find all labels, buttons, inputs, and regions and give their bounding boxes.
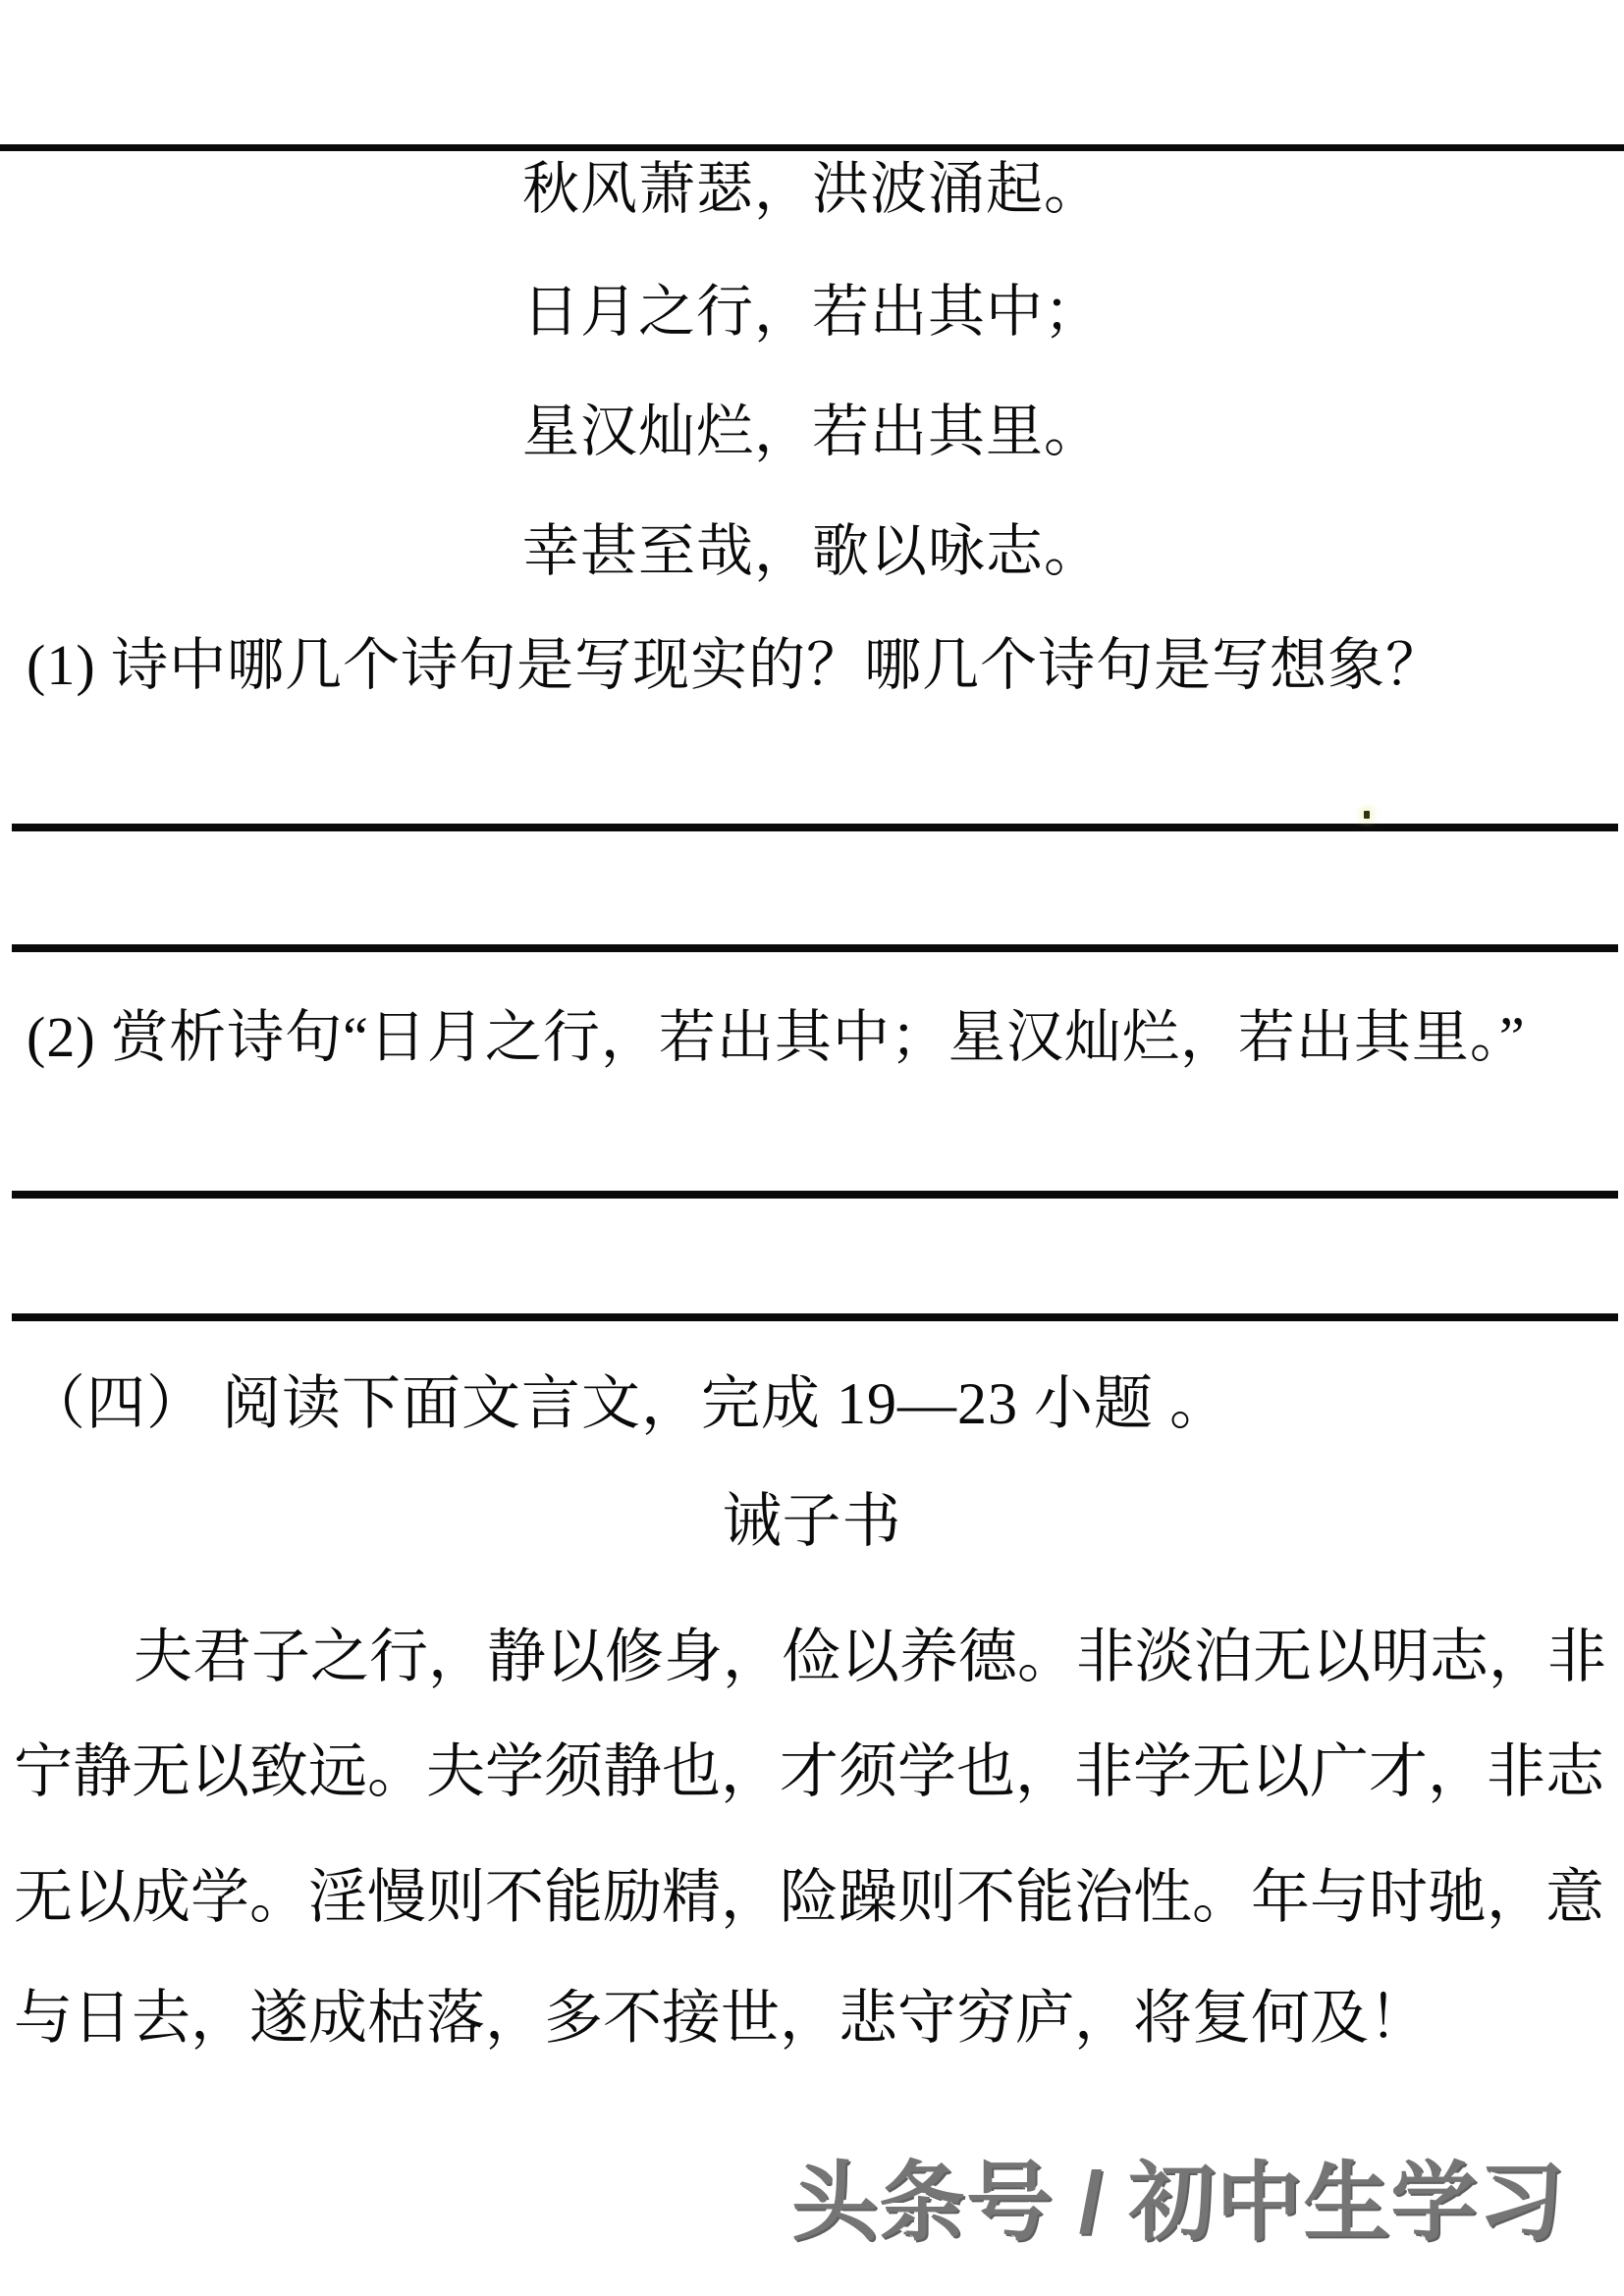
essay-title: 诫子书 <box>0 1492 1624 1551</box>
essay-line-3: 无以成学。淫慢则不能励精，险躁则不能治性。年与时驰，意 <box>14 1868 1604 1927</box>
poem-line-1: 秋风萧瑟，洪波涌起。 <box>0 161 1624 218</box>
essay-line-4: 与日去，遂成枯落，多不接世，悲守穷庐，将复何及！ <box>14 1989 1428 2048</box>
answer-line <box>12 944 1618 952</box>
poem-line-4: 幸甚至哉，歌以咏志。 <box>0 523 1624 580</box>
essay-line-2: 宁静无以致远。夫学须静也，才须学也，非学无以广才，非志 <box>14 1742 1604 1801</box>
answer-line <box>12 1191 1618 1199</box>
poem-line-2: 日月之行，若出其中； <box>0 284 1624 341</box>
worksheet-page: 秋风萧瑟，洪波涌起。 日月之行，若出其中； 星汉灿烂，若出其里。 幸甚至哉，歌以… <box>0 0 1624 2296</box>
poem-line-3: 星汉灿烂，若出其里。 <box>0 403 1624 460</box>
question-2: (2) 赏析诗句“日月之行，若出其中；星汉灿烂，若出其里。” <box>27 1009 1526 1066</box>
page-top-rule <box>0 144 1624 151</box>
stray-print-artifact <box>1364 811 1370 819</box>
question-1: (1) 诗中哪几个诗句是写现实的？哪几个诗句是写想象？ <box>27 637 1443 694</box>
toutiao-watermark: 头条号 / 初中生学习 <box>791 2156 1565 2251</box>
answer-line <box>12 824 1618 831</box>
answer-line <box>12 1313 1618 1321</box>
essay-line-1: 夫君子之行，静以修身，俭以养德。非淡泊无以明志，非 <box>14 1628 1606 1686</box>
section-heading: （四） 阅读下面文言文，完成 19—23 小题 。 <box>27 1374 1229 1433</box>
